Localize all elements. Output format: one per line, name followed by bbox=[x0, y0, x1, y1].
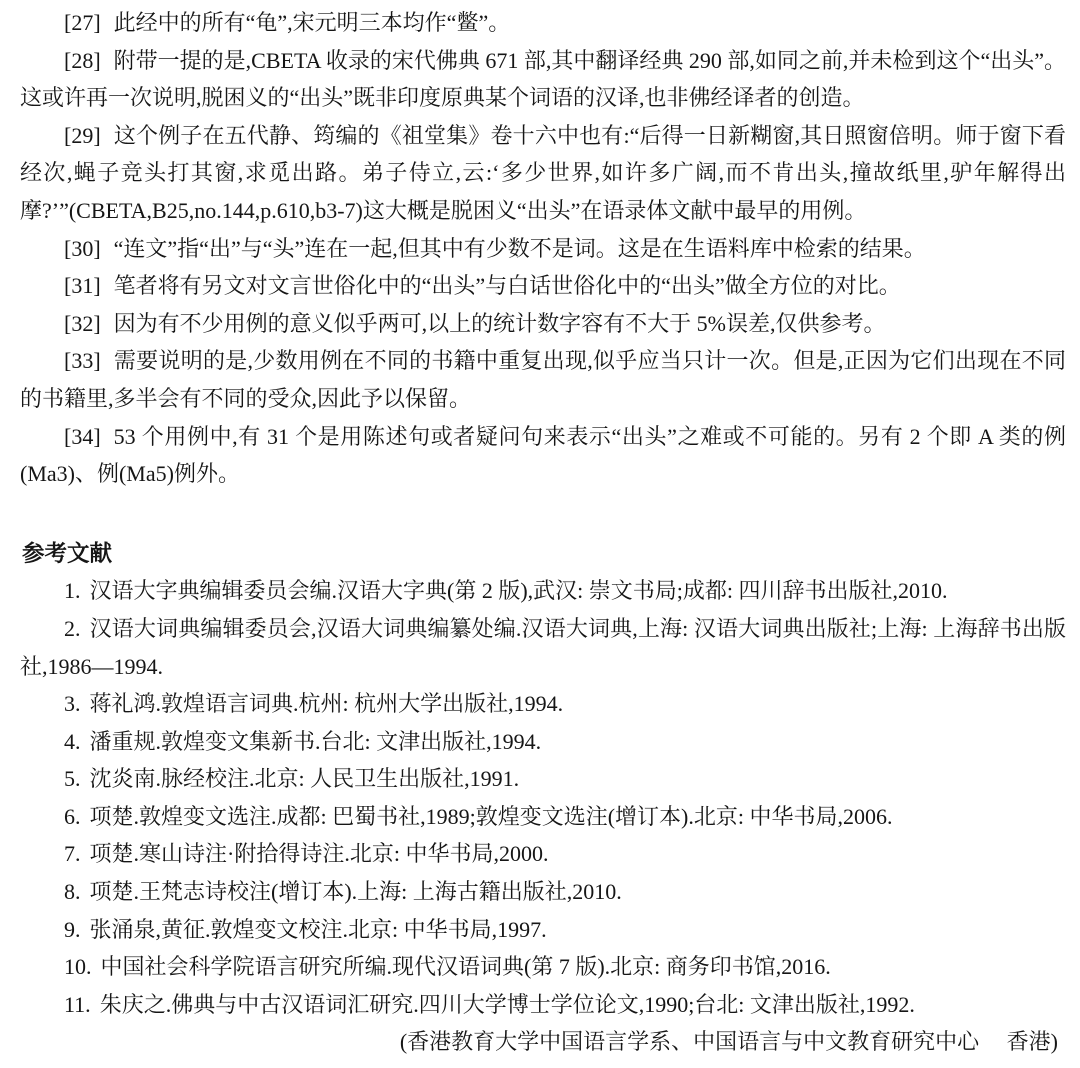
reference-8-number: 8. bbox=[64, 879, 81, 904]
footnote-34: [34]53 个用例中,有 31 个是用陈述句或者疑问句来表示“出头”之难或不可… bbox=[20, 418, 1066, 493]
footnote-30-marker: [30] bbox=[64, 236, 101, 261]
footnote-28-text: 附带一提的是,CBETA 收录的宋代佛典 671 部,其中翻译经典 290 部,… bbox=[20, 48, 1066, 111]
footnote-27: [27]此经中的所有“龟”,宋元明三本均作“鳖”。 bbox=[20, 4, 1066, 42]
reference-5-text: 沈炎南.脉经校注.北京: 人民卫生出版社,1991. bbox=[90, 766, 520, 791]
reference-1-number: 1. bbox=[64, 578, 81, 603]
footnote-28: [28]附带一提的是,CBETA 收录的宋代佛典 671 部,其中翻译经典 29… bbox=[20, 42, 1066, 117]
reference-item-9: 9.张涌泉,黄征.敦煌变文校注.北京: 中华书局,1997. bbox=[20, 911, 1066, 949]
reference-6-number: 6. bbox=[64, 804, 81, 829]
footnote-31-text: 笔者将有另文对文言世俗化中的“出头”与白话世俗化中的“出头”做全方位的对比。 bbox=[114, 273, 901, 298]
footnote-33: [33]需要说明的是,少数用例在不同的书籍中重复出现,似乎应当只计一次。但是,正… bbox=[20, 342, 1066, 417]
reference-10-number: 10. bbox=[64, 954, 92, 979]
reference-9-number: 9. bbox=[64, 917, 81, 942]
reference-11-number: 11. bbox=[64, 992, 91, 1017]
reference-item-7: 7.项楚.寒山诗注·附拾得诗注.北京: 中华书局,2000. bbox=[20, 835, 1066, 873]
reference-item-8: 8.项楚.王梵志诗校注(增订本).上海: 上海古籍出版社,2010. bbox=[20, 873, 1066, 911]
footnote-34-marker: [34] bbox=[64, 424, 101, 449]
footnote-30-text: “连文”指“出”与“头”连在一起,但其中有少数不是词。这是在生语料库中检索的结果… bbox=[114, 236, 926, 261]
footnote-33-text: 需要说明的是,少数用例在不同的书籍中重复出现,似乎应当只计一次。但是,正因为它们… bbox=[20, 348, 1066, 411]
reference-item-10: 10.中国社会科学院语言研究所编.现代汉语词典(第 7 版).北京: 商务印书馆… bbox=[20, 948, 1066, 986]
footnote-32-marker: [32] bbox=[64, 311, 101, 336]
reference-9-text: 张涌泉,黄征.敦煌变文校注.北京: 中华书局,1997. bbox=[90, 917, 547, 942]
footnote-33-marker: [33] bbox=[64, 348, 101, 373]
reference-7-number: 7. bbox=[64, 841, 81, 866]
reference-2-text: 汉语大词典编辑委员会,汉语大词典编纂处编.汉语大词典,上海: 汉语大词典出版社;… bbox=[20, 616, 1066, 679]
reference-6-text: 项楚.敦煌变文选注.成都: 巴蜀书社,1989;敦煌变文选注(增订本).北京: … bbox=[90, 804, 893, 829]
reference-1-text: 汉语大字典编辑委员会编.汉语大字典(第 2 版),武汉: 崇文书局;成都: 四川… bbox=[90, 578, 948, 603]
reference-item-6: 6.项楚.敦煌变文选注.成都: 巴蜀书社,1989;敦煌变文选注(增订本).北京… bbox=[20, 798, 1066, 836]
reference-3-text: 蒋礼鸿.敦煌语言词典.杭州: 杭州大学出版社,1994. bbox=[90, 691, 564, 716]
reference-item-3: 3.蒋礼鸿.敦煌语言词典.杭州: 杭州大学出版社,1994. bbox=[20, 685, 1066, 723]
reference-item-1: 1.汉语大字典编辑委员会编.汉语大字典(第 2 版),武汉: 崇文书局;成都: … bbox=[20, 572, 1066, 610]
footnote-30: [30]“连文”指“出”与“头”连在一起,但其中有少数不是词。这是在生语料库中检… bbox=[20, 230, 1066, 268]
footnote-29: [29]这个例子在五代静、筠编的《祖堂集》卷十六中也有:“后得一日新糊窗,其日照… bbox=[20, 117, 1066, 230]
footnote-29-text: 这个例子在五代静、筠编的《祖堂集》卷十六中也有:“后得一日新糊窗,其日照窗倍明。… bbox=[20, 123, 1066, 223]
footnote-31: [31]笔者将有另文对文言世俗化中的“出头”与白话世俗化中的“出头”做全方位的对… bbox=[20, 267, 1066, 305]
reference-item-11: 11.朱庆之.佛典与中古汉语词汇研究.四川大学博士学位论文,1990;台北: 文… bbox=[20, 986, 1066, 1024]
footnote-29-marker: [29] bbox=[64, 123, 101, 148]
reference-5-number: 5. bbox=[64, 766, 81, 791]
references-heading: 参考文献 bbox=[20, 535, 1066, 573]
footnote-32-text: 因为有不少用例的意义似乎两可,以上的统计数字容有不大于 5%误差,仅供参考。 bbox=[114, 311, 886, 336]
reference-7-text: 项楚.寒山诗注·附拾得诗注.北京: 中华书局,2000. bbox=[90, 841, 549, 866]
reference-10-text: 中国社会科学院语言研究所编.现代汉语词典(第 7 版).北京: 商务印书馆,20… bbox=[101, 954, 831, 979]
reference-11-text: 朱庆之.佛典与中古汉语词汇研究.四川大学博士学位论文,1990;台北: 文津出版… bbox=[100, 992, 915, 1017]
reference-8-text: 项楚.王梵志诗校注(增订本).上海: 上海古籍出版社,2010. bbox=[90, 879, 622, 904]
footnote-31-marker: [31] bbox=[64, 273, 101, 298]
footnote-34-text: 53 个用例中,有 31 个是用陈述句或者疑问句来表示“出头”之难或不可能的。另… bbox=[20, 424, 1066, 487]
reference-item-2: 2.汉语大词典编辑委员会,汉语大词典编纂处编.汉语大词典,上海: 汉语大词典出版… bbox=[20, 610, 1066, 685]
reference-item-5: 5.沈炎南.脉经校注.北京: 人民卫生出版社,1991. bbox=[20, 760, 1066, 798]
footnote-27-text: 此经中的所有“龟”,宋元明三本均作“鳖”。 bbox=[114, 10, 511, 35]
footnote-28-marker: [28] bbox=[64, 48, 101, 73]
footnote-32: [32]因为有不少用例的意义似乎两可,以上的统计数字容有不大于 5%误差,仅供参… bbox=[20, 305, 1066, 343]
reference-2-number: 2. bbox=[64, 616, 81, 641]
footnote-27-marker: [27] bbox=[64, 10, 101, 35]
reference-4-text: 潘重规.敦煌变文集新书.台北: 文津出版社,1994. bbox=[90, 729, 542, 754]
reference-3-number: 3. bbox=[64, 691, 81, 716]
document-page: [27]此经中的所有“龟”,宋元明三本均作“鳖”。 [28]附带一提的是,CBE… bbox=[0, 0, 1080, 1068]
reference-4-number: 4. bbox=[64, 729, 81, 754]
author-affiliation-line: (香港教育大学中国语言学系、中国语言与中文教育研究中心 香港) bbox=[20, 1023, 1066, 1061]
reference-item-4: 4.潘重规.敦煌变文集新书.台北: 文津出版社,1994. bbox=[20, 723, 1066, 761]
